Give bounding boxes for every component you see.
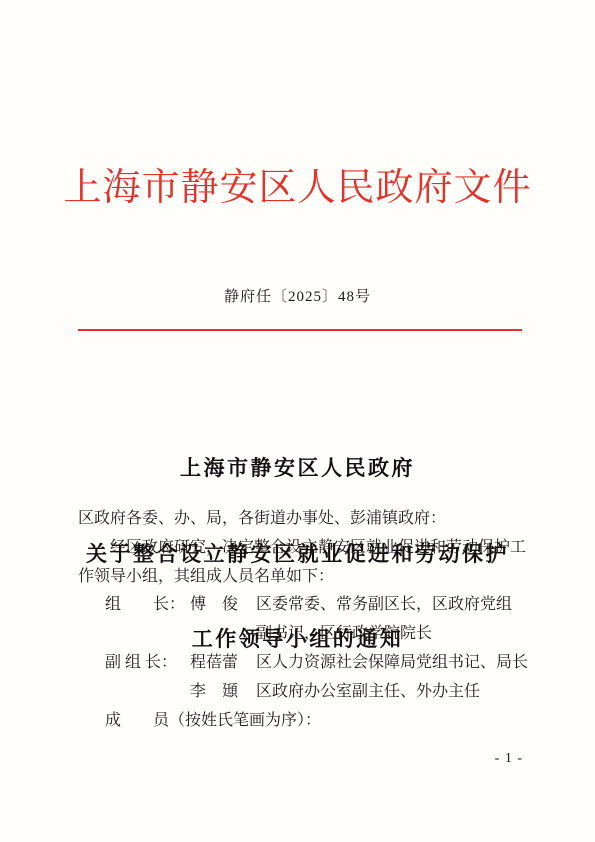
roster-description: 区委常委、常务副区长，区政府党组 副书记，区行政学院院长 bbox=[256, 591, 524, 649]
government-document-masthead: 上海市静安区人民政府文件 bbox=[0, 167, 595, 209]
document-body: 区政府各委、办、局，各街道办事处、彭浦镇政府： 经区政府研究，决定整合设立静安区… bbox=[78, 505, 524, 735]
roster-description-line: 区人力资源社会保障局党组书记、局长 bbox=[256, 649, 524, 678]
members-heading: 成 员（按姓氏笔画为序）： bbox=[78, 707, 524, 736]
roster-name: 李 頲 bbox=[190, 678, 238, 707]
red-divider-line bbox=[78, 329, 522, 331]
roster-description: 区政府办公室副主任、外办主任 bbox=[256, 678, 524, 707]
document-number: 静府任〔2025〕48号 bbox=[0, 288, 595, 306]
intro-paragraph-line2: 作领导小组，其组成人员名单如下： bbox=[78, 563, 524, 592]
roster-description-line: 区委常委、常务副区长，区政府党组 bbox=[256, 591, 524, 620]
roster-row-leader: 组 长： 傅 俊 区委常委、常务副区长，区政府党组 副书记，区行政学院院长 bbox=[78, 591, 524, 649]
page-number: - 1 - bbox=[495, 751, 523, 767]
salutation-line: 区政府各委、办、局，各街道办事处、彭浦镇政府： bbox=[78, 505, 524, 534]
roster-row-deputy-leader: 副 组 长： 程蓓蕾 区人力资源社会保障局党组书记、局长 bbox=[78, 649, 524, 678]
roster-description-line: 副书记，区行政学院院长 bbox=[256, 620, 524, 649]
notice-title-line: 上海市静安区人民政府 bbox=[0, 454, 595, 483]
roster-name: 傅 俊 bbox=[190, 591, 238, 620]
roster-role: 副 组 长： bbox=[105, 649, 177, 678]
roster-row-deputy-leader-2: 李 頲 区政府办公室副主任、外办主任 bbox=[78, 678, 524, 707]
intro-paragraph-line1: 经区政府研究，决定整合设立静安区就业促进和劳动保护工 bbox=[78, 534, 524, 563]
document-page: 上海市静安区人民政府文件 静府任〔2025〕48号 上海市静安区人民政府 关于整… bbox=[0, 0, 595, 842]
roster-name: 程蓓蕾 bbox=[190, 649, 238, 678]
roster-description: 区人力资源社会保障局党组书记、局长 bbox=[256, 649, 524, 678]
roster-role: 组 长： bbox=[105, 591, 185, 620]
roster-description-line: 区政府办公室副主任、外办主任 bbox=[256, 678, 524, 707]
